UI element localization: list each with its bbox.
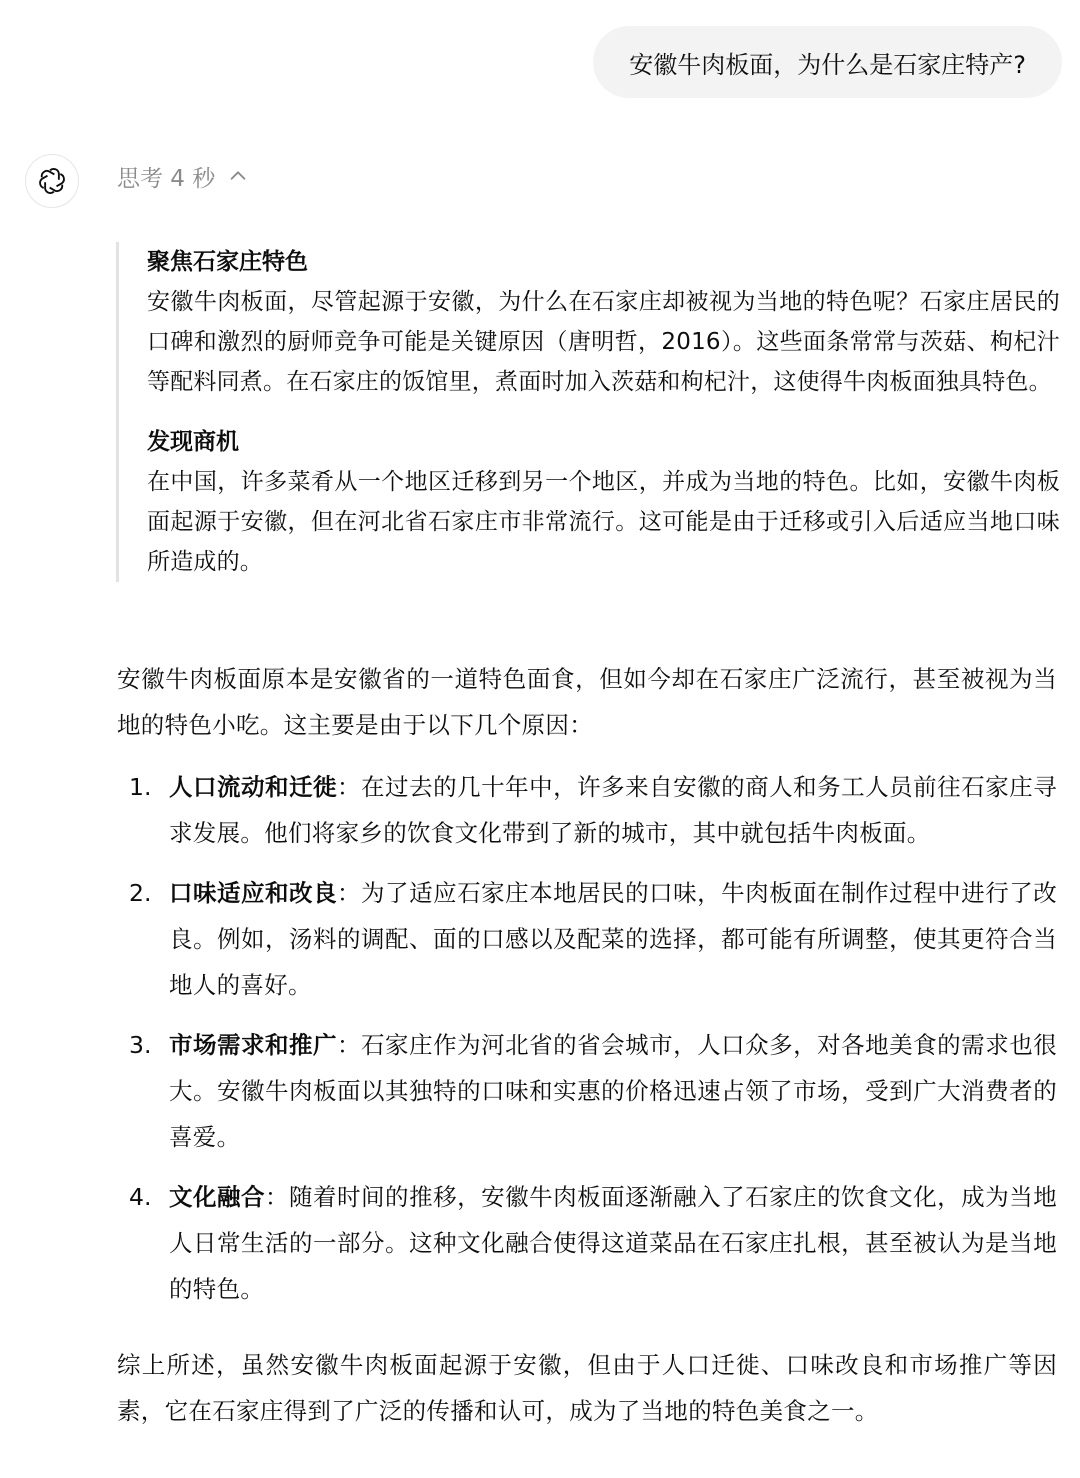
assistant-avatar xyxy=(25,154,79,208)
answer-intro: 安徽牛肉板面原本是安徽省的一道特色面食，但如今却在石家庄广泛流行，甚至被视为当地… xyxy=(117,656,1057,748)
list-item: 4. 文化融合：随着时间的推移，安徽牛肉板面逐渐融入了石家庄的饮食文化，成为当地… xyxy=(117,1174,1057,1312)
assistant-answer: 安徽牛肉板面原本是安徽省的一道特色面食，但如今却在石家庄广泛流行，甚至被视为当地… xyxy=(117,656,1057,1434)
thinking-section-text: 安徽牛肉板面，尽管起源于安徽，为什么在石家庄却被视为当地的特色呢？石家庄居民的口… xyxy=(147,282,1060,402)
list-item-number: 1. xyxy=(117,764,169,856)
list-item-title: 文化融合 xyxy=(169,1183,265,1211)
list-item: 1. 人口流动和迁徙：在过去的几十年中，许多来自安徽的商人和务工人员前往石家庄寻… xyxy=(117,764,1057,856)
thinking-toggle-button[interactable]: 思考 4 秒 xyxy=(117,158,249,194)
list-item-number: 4. xyxy=(117,1174,169,1312)
thinking-content: 聚焦石家庄特色 安徽牛肉板面，尽管起源于安徽，为什么在石家庄却被视为当地的特色呢… xyxy=(116,242,1060,582)
user-message-bubble: 安徽牛肉板面，为什么是石家庄特产? xyxy=(593,26,1062,98)
thinking-section-heading: 发现商机 xyxy=(147,422,1060,462)
list-item: 2. 口味适应和改良：为了适应石家庄本地居民的口味，牛肉板面在制作过程中进行了改… xyxy=(117,870,1057,1008)
list-item-number: 2. xyxy=(117,870,169,1008)
openai-logo-icon xyxy=(37,166,67,196)
list-item-title: 口味适应和改良 xyxy=(169,879,337,907)
user-message-row: 安徽牛肉板面，为什么是石家庄特产? xyxy=(593,26,1062,98)
list-item-body: 文化融合：随着时间的推移，安徽牛肉板面逐渐融入了石家庄的饮食文化，成为当地人日常… xyxy=(169,1174,1057,1312)
thinking-duration-label: 思考 4 秒 xyxy=(117,160,215,193)
thinking-section: 发现商机 在中国，许多菜肴从一个地区迁移到另一个地区，并成为当地的特色。比如，安… xyxy=(147,422,1060,582)
answer-summary: 综上所述，虽然安徽牛肉板面起源于安徽，但由于人口迁徙、口味改良和市场推广等因素，… xyxy=(117,1342,1057,1434)
list-item-text: ：随着时间的推移，安徽牛肉板面逐渐融入了石家庄的饮食文化，成为当地人日常生活的一… xyxy=(169,1183,1057,1303)
thinking-section-text: 在中国，许多菜肴从一个地区迁移到另一个地区，并成为当地的特色。比如，安徽牛肉板面… xyxy=(147,462,1060,582)
list-item-body: 人口流动和迁徙：在过去的几十年中，许多来自安徽的商人和务工人员前往石家庄寻求发展… xyxy=(169,764,1057,856)
reasons-list: 1. 人口流动和迁徙：在过去的几十年中，许多来自安徽的商人和务工人员前往石家庄寻… xyxy=(117,764,1057,1312)
list-item-title: 市场需求和推广 xyxy=(169,1031,337,1059)
chevron-up-icon xyxy=(227,165,249,187)
thinking-section: 聚焦石家庄特色 安徽牛肉板面，尽管起源于安徽，为什么在石家庄却被视为当地的特色呢… xyxy=(147,242,1060,402)
list-item-title: 人口流动和迁徙 xyxy=(169,773,337,801)
list-item-body: 口味适应和改良：为了适应石家庄本地居民的口味，牛肉板面在制作过程中进行了改良。例… xyxy=(169,870,1057,1008)
list-item-number: 3. xyxy=(117,1022,169,1160)
list-item-body: 市场需求和推广：石家庄作为河北省的省会城市，人口众多，对各地美食的需求也很大。安… xyxy=(169,1022,1057,1160)
thinking-section-heading: 聚焦石家庄特色 xyxy=(147,242,1060,282)
list-item: 3. 市场需求和推广：石家庄作为河北省的省会城市，人口众多，对各地美食的需求也很… xyxy=(117,1022,1057,1160)
